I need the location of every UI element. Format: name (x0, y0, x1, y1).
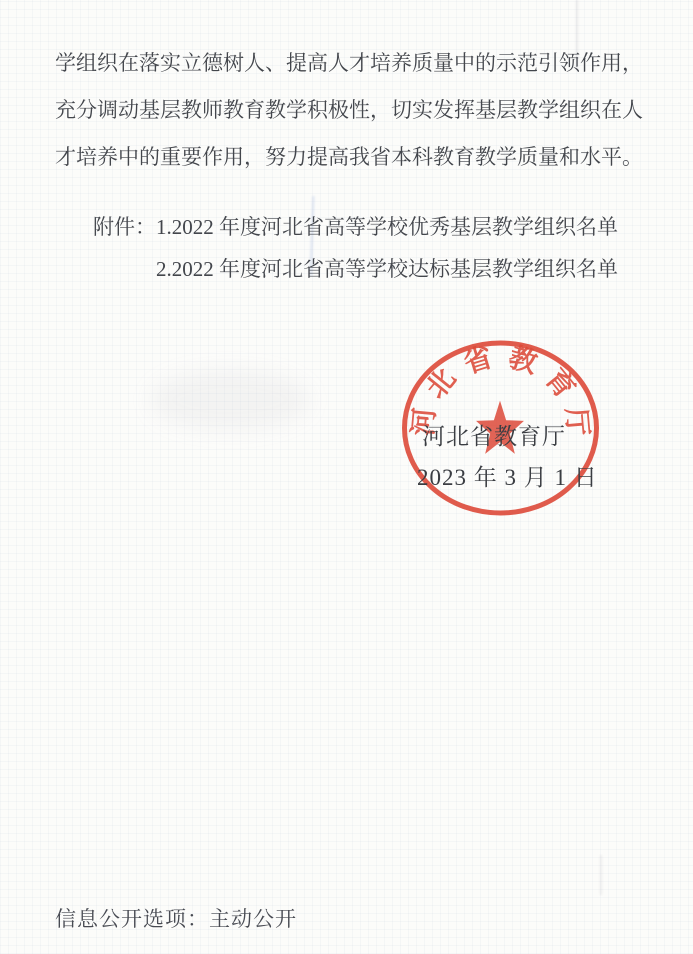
attachment-item: 2.2022 年度河北省高等学校达标基层教学组织名单 (93, 248, 653, 290)
paragraph-line: 学组织在落实立德树人、提高人才培养质量中的示范引领作用， (55, 40, 645, 87)
paragraph-line: 充分调动基层教师教育教学积极性，切实发挥基层教学组织在人 (55, 87, 645, 134)
attachment-item: 附件：1.2022 年度河北省高等学校优秀基层教学组织名单 (93, 206, 653, 248)
paragraph-line: 才培养中的重要作用，努力提高我省本科教育教学质量和水平。 (55, 134, 645, 181)
seal-arc-char: 育 (539, 362, 582, 405)
scan-artifact (150, 370, 310, 430)
issue-date: 2023 年 3 月 1 日 (417, 459, 598, 492)
seal-arc-char: 北 (421, 363, 463, 404)
attachment-item-text: 2.2022 年度河北省高等学校达标基层教学组织名单 (156, 257, 618, 281)
attachments-block: 附件：1.2022 年度河北省高等学校优秀基层教学组织名单 2.2022 年度河… (93, 206, 653, 290)
scanned-document-page: 学组织在落实立德树人、提高人才培养质量中的示范引领作用， 充分调动基层教师教育教… (0, 0, 693, 954)
body-paragraph: 学组织在落实立德树人、提高人才培养质量中的示范引领作用， 充分调动基层教师教育教… (55, 40, 645, 181)
attachment-item-text: 1.2022 年度河北省高等学校优秀基层教学组织名单 (156, 215, 618, 239)
issuer-name: 河北省教育厅 (422, 418, 566, 451)
disclosure-note: 信息公开选项：主动公开 (55, 903, 297, 933)
scan-artifact (600, 855, 602, 895)
attachments-label: 附件： (93, 215, 156, 239)
